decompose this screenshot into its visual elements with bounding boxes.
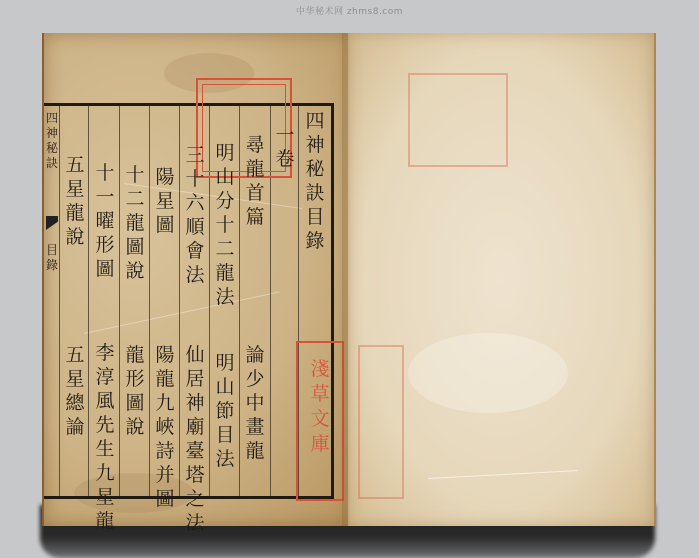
toc-entry: 陽星圖 [152, 165, 178, 237]
edge-title: 四神秘訣 [45, 111, 59, 171]
toc-title: 四神秘訣目錄 [302, 109, 328, 253]
toc-entry: 十一曜形圖 [92, 161, 118, 281]
toc-entry: 明山分十二龍法 [212, 141, 238, 309]
fishtail-mark [46, 216, 58, 230]
toc-entry: 龍形圖說 [122, 343, 148, 439]
offset-seal-bottom [358, 345, 404, 499]
toc-entry: 李淳風先生九星龍 [92, 341, 118, 533]
volume-label: 一卷 [272, 123, 298, 171]
edge-section: 目錄 [45, 243, 59, 273]
toc-entry: 十二龍圖說 [122, 163, 148, 283]
book-gutter [342, 33, 356, 526]
left-page: 四神秘訣 目錄 四神秘訣目錄 一卷 尋龍首篇 論少中畫龍 明山分十二龍法 明 [42, 33, 350, 526]
toc-entry: 明山節目法 [212, 351, 238, 471]
right-page [348, 33, 656, 526]
toc-entry: 三十六順會法 [182, 143, 208, 287]
toc-entry: 陽龍九峽詩并圖 [152, 343, 178, 511]
open-book: 四神秘訣 目錄 四神秘訣目錄 一卷 尋龍首篇 論少中畫龍 明山分十二龍法 明 [42, 33, 654, 526]
toc-entry: 五星總論 [62, 343, 88, 439]
offset-seal-top [408, 73, 508, 167]
toc-entry: 五星龍說 [62, 153, 88, 249]
toc-entry: 仙居神廟臺塔之法 [182, 343, 208, 535]
toc-entry: 論少中畫龍 [242, 343, 268, 463]
watermark: 中华秘术网 zhms8.com [0, 4, 699, 17]
toc-entry: 尋龍首篇 [242, 133, 268, 229]
library-seal: 淺草文庫 [296, 341, 344, 501]
